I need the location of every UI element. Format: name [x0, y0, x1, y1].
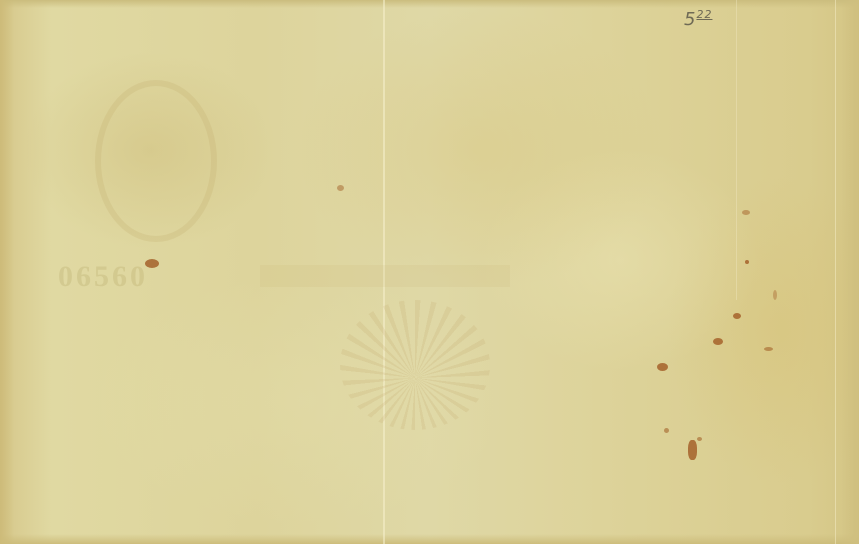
- paper-edge-top: [0, 0, 859, 8]
- annotation-superscript: 22: [696, 8, 712, 21]
- pencil-annotation: 522: [684, 8, 712, 30]
- stain-spot: [713, 338, 723, 345]
- stain-spot: [688, 440, 697, 460]
- show-through-serial: 06560: [58, 260, 148, 294]
- stain-spot: [742, 210, 750, 215]
- show-through-oval: [95, 80, 217, 242]
- show-through-band: [260, 265, 510, 287]
- stain-spot: [664, 428, 669, 433]
- stain-spot: [745, 260, 749, 264]
- aged-paper: 06560 522: [0, 0, 859, 544]
- stain-spot: [773, 290, 777, 300]
- stain-spot: [733, 313, 741, 319]
- show-through-emblem: [340, 300, 490, 430]
- stain-spot: [697, 437, 702, 441]
- fold-crease: [835, 0, 836, 544]
- stain-spot: [764, 347, 773, 351]
- annotation-number: 5: [684, 9, 696, 30]
- paper-edge-right: [841, 0, 859, 544]
- paper-edge-left: [0, 0, 14, 544]
- fold-crease: [736, 0, 737, 300]
- stain-spot: [337, 185, 344, 191]
- stain-spot: [145, 259, 159, 268]
- paper-edge-bottom: [0, 534, 859, 544]
- stain-spot: [657, 363, 668, 371]
